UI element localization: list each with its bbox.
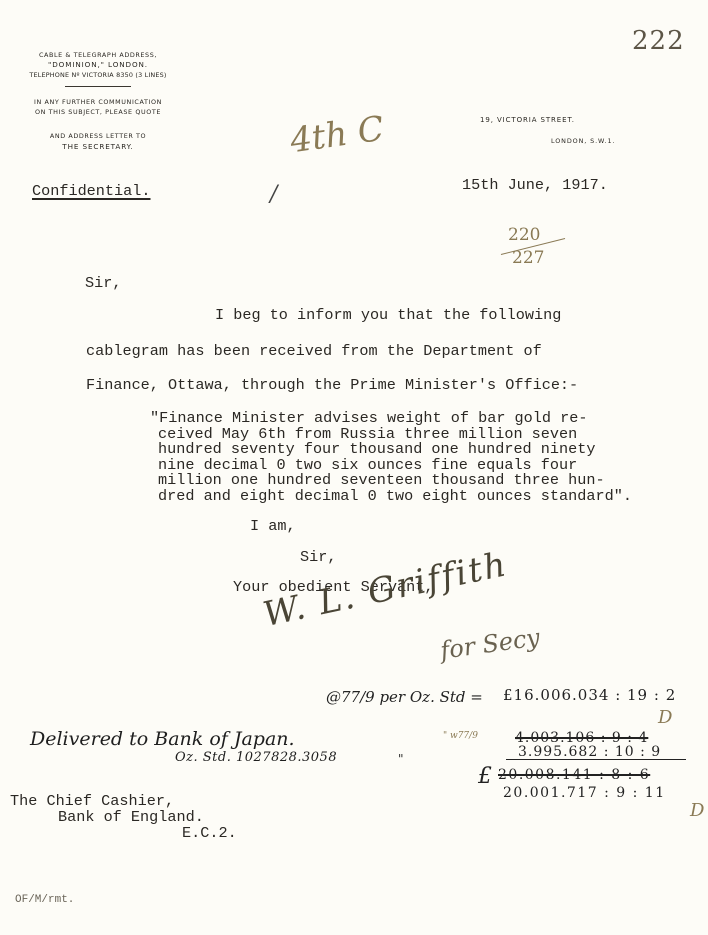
ditto-mark: " bbox=[398, 752, 404, 766]
total-value: £16.006.034 : 19 : 2 bbox=[503, 686, 676, 704]
letterhead-left: CABLE & TELEGRAPH ADDRESS, "DOMINION," L… bbox=[18, 50, 178, 152]
confidential-label: Confidential. bbox=[32, 184, 150, 199]
address-to-line2: THE SECRETARY. bbox=[18, 141, 178, 152]
address-to-line1: AND ADDRESS LETTER TO bbox=[18, 131, 178, 141]
further-communication-line1: IN ANY FURTHER COMMUNICATION bbox=[18, 97, 178, 107]
cablegram-quote: "Finance Minister advises weight of bar … bbox=[150, 411, 632, 504]
recipient-line1: The Chief Cashier, bbox=[10, 793, 237, 809]
rate-line: @77/9 per Oz. Std = bbox=[326, 688, 483, 706]
page-number: 222 bbox=[632, 26, 685, 56]
value-2: 20.001.717 : 9 : 11 bbox=[503, 785, 666, 801]
signature: W. L. Griffith bbox=[260, 544, 512, 635]
body-line-2: cablegram has been received from the Dep… bbox=[86, 344, 542, 359]
fraction-top: 220 bbox=[500, 225, 570, 245]
reference-code: OF/M/rmt. bbox=[15, 894, 74, 906]
quote-line: dred and eight decimal 0 two eight ounce… bbox=[150, 489, 632, 505]
letterhead-divider bbox=[65, 86, 131, 87]
further-communication-line2: ON THIS SUBJECT, PLEASE QUOTE bbox=[18, 107, 178, 117]
closing-sir: Sir, bbox=[300, 550, 336, 565]
slash-mark: / bbox=[270, 182, 277, 207]
initial-mark-2: D bbox=[690, 800, 704, 821]
cable-address-line1: CABLE & TELEGRAPH ADDRESS, bbox=[18, 50, 178, 60]
street-address: 19, VICTORIA STREET. bbox=[480, 116, 575, 124]
value-1: 3.995.682 : 10 : 9 bbox=[518, 744, 661, 760]
recipient-line3: E.C.2. bbox=[10, 825, 237, 841]
small-pencil-note: " w77/9 bbox=[443, 731, 478, 741]
telephone-line: TELEPHONE Nº VICTORIA 8350 (3 LINES) bbox=[18, 70, 178, 80]
closing-i-am: I am, bbox=[250, 519, 296, 534]
annotation-fraction: 220 227 bbox=[500, 225, 570, 268]
body-line-1: I beg to inform you that the following bbox=[215, 308, 561, 323]
city-address: LONDON, S.W.1. bbox=[551, 137, 615, 145]
annotation-4th-c: 4th C bbox=[288, 109, 387, 162]
delivery-note-line2: Oz. Std. 1027828.3058 bbox=[175, 750, 337, 765]
pound-sign: £ bbox=[478, 764, 492, 789]
initial-mark-1: D bbox=[658, 707, 672, 728]
recipient-block: The Chief Cashier, Bank of England. E.C.… bbox=[10, 793, 237, 841]
salutation: Sir, bbox=[85, 276, 121, 291]
delivery-note-line1: Delivered to Bank of Japan. bbox=[30, 728, 295, 750]
sum-rule bbox=[506, 759, 686, 760]
recipient-line2: Bank of England. bbox=[10, 809, 237, 825]
struck-value-2: 20.008.141 : 8 : 6 bbox=[498, 767, 650, 783]
letter-date: 15th June, 1917. bbox=[462, 178, 608, 193]
signature-note: for Secy bbox=[439, 623, 542, 665]
cable-address-line2: "DOMINION," LONDON. bbox=[18, 60, 178, 70]
body-line-3: Finance, Ottawa, through the Prime Minis… bbox=[86, 378, 578, 393]
